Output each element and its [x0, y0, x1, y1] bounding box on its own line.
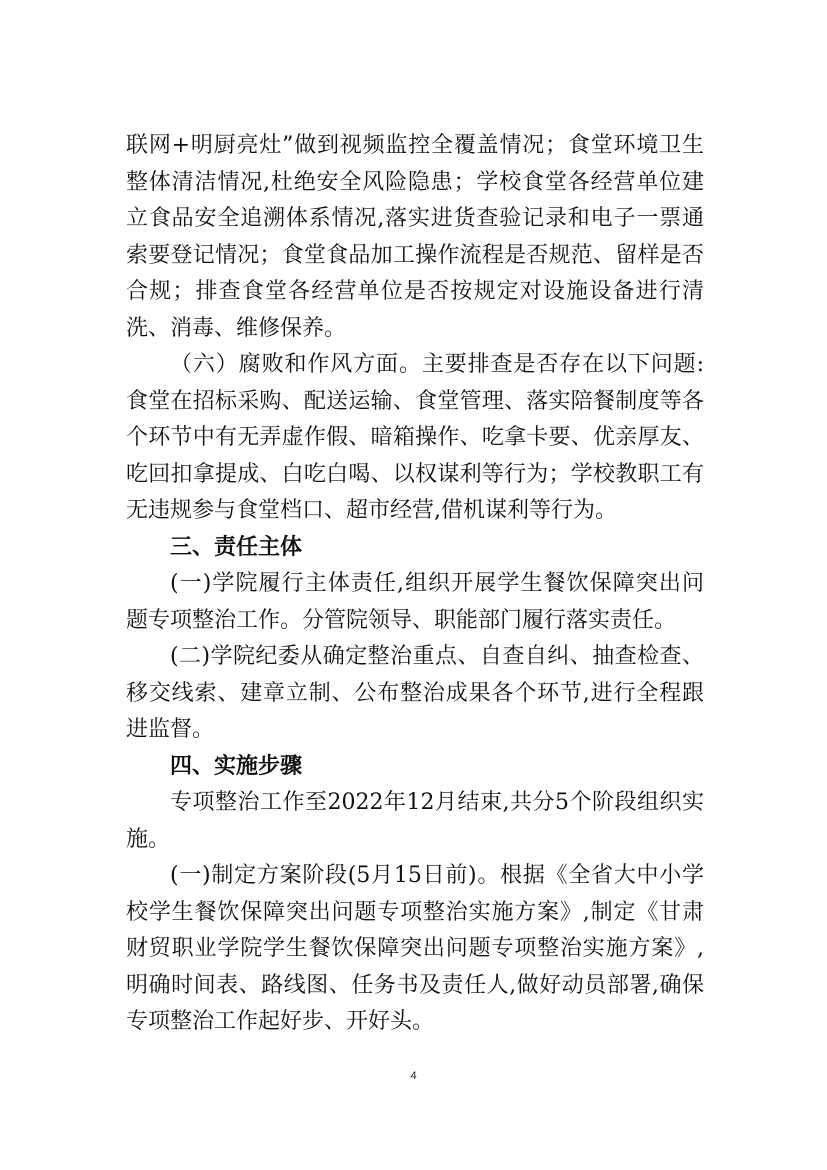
paragraph-implementation-intro: 专项整治工作至2022年12月结束,共分5个阶段组织实 施。 — [126, 785, 704, 858]
paragraph-plan-stage: (一)制定方案阶段(5月15日前)。根据《全省大中小学 校学生餐饮保障突出问题专… — [126, 858, 704, 1041]
text-line: 财贸职业学院学生餐饮保障突出问题专项整治实施方案》, — [126, 931, 704, 968]
text-line: 吃回扣拿提成、白吃白喝、以权谋利等行为；学校教职工有 — [126, 457, 704, 494]
text-line: （六）腐败和作风方面。主要排查是否存在以下问题: — [126, 347, 704, 384]
text-line: 移交线索、建章立制、公布整治成果各个环节,进行全程跟 — [126, 676, 704, 713]
text-line: 专项整治工作起好步、开好头。 — [126, 1004, 704, 1041]
text-line: 题专项整治工作。分管院领导、职能部门履行落实责任。 — [126, 603, 704, 640]
text-line: (二)学院纪委从确定整治重点、自查自纠、抽查检查、 — [126, 639, 704, 676]
text-line: (一)制定方案阶段(5月15日前)。根据《全省大中小学 — [126, 858, 704, 895]
text-line: 进监督。 — [126, 712, 704, 749]
paragraph-inspection-continuation: 联网+明厨亮灶”做到视频监控全覆盖情况；食堂环境卫生 整体清洁情况,杜绝安全风险… — [126, 128, 704, 347]
page-number: 4 — [0, 1070, 827, 1082]
section-heading-implementation-steps: 四、实施步骤 — [126, 749, 704, 786]
document-body: 联网+明厨亮灶”做到视频监控全覆盖情况；食堂环境卫生 整体清洁情况,杜绝安全风险… — [126, 128, 704, 1041]
section-heading-responsibility: 三、责任主体 — [126, 530, 704, 567]
paragraph-college-responsibility: (一)学院履行主体责任,组织开展学生餐饮保障突出问 题专项整治工作。分管院领导、… — [126, 566, 704, 639]
text-line: 专项整治工作至2022年12月结束,共分5个阶段组织实 — [126, 785, 704, 822]
text-line: 无违规参与食堂档口、超市经营,借机谋利等行为。 — [126, 493, 704, 530]
paragraph-discipline-committee: (二)学院纪委从确定整治重点、自查自纠、抽查检查、 移交线索、建章立制、公布整治… — [126, 639, 704, 749]
text-line: 施。 — [126, 822, 704, 859]
text-line: 整体清洁情况,杜绝安全风险隐患；学校食堂各经营单位建 — [126, 165, 704, 202]
text-line: 食堂在招标采购、配送运输、食堂管理、落实陪餐制度等各 — [126, 384, 704, 421]
text-line: 校学生餐饮保障突出问题专项整治实施方案》,制定《甘肃 — [126, 895, 704, 932]
text-line: 合规；排查食堂各经营单位是否按规定对设施设备进行清 — [126, 274, 704, 311]
text-line: 明确时间表、路线图、任务书及责任人,做好动员部署,确保 — [126, 968, 704, 1005]
text-line: 洗、消毒、维修保养。 — [126, 311, 704, 348]
document-page: 联网+明厨亮灶”做到视频监控全覆盖情况；食堂环境卫生 整体清洁情况,杜绝安全风险… — [0, 0, 827, 1170]
text-line: (一)学院履行主体责任,组织开展学生餐饮保障突出问 — [126, 566, 704, 603]
text-line: 联网+明厨亮灶”做到视频监控全覆盖情况；食堂环境卫生 — [126, 128, 704, 165]
text-line: 索要登记情况；食堂食品加工操作流程是否规范、留样是否 — [126, 238, 704, 275]
text-line: 立食品安全追溯体系情况,落实进货查验记录和电子一票通 — [126, 201, 704, 238]
paragraph-corruption-and-conduct: （六）腐败和作风方面。主要排查是否存在以下问题: 食堂在招标采购、配送运输、食堂… — [126, 347, 704, 530]
text-line: 个环节中有无弄虚作假、暗箱操作、吃拿卡要、优亲厚友、 — [126, 420, 704, 457]
